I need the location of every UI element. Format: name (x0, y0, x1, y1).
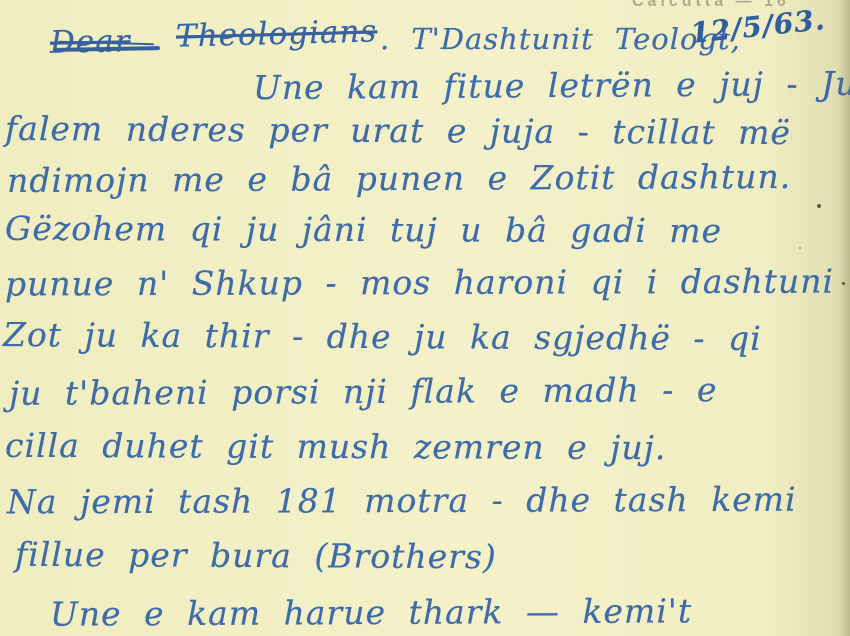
paper-speck (799, 247, 801, 249)
letter-line: fillue per bura (Brothers) (15, 535, 497, 577)
salutation: . T'Dashtunit Teologt, (380, 22, 741, 56)
letter-scan: Calcutta — 16 Dear Theologians . T'Dasht… (0, 0, 850, 636)
scan-edge-shadow (838, 0, 850, 636)
letter-line-clipped: Une e kam harue thark — kemi't (50, 591, 692, 633)
letter-line: Na jemi tash 181 motra - dhe tash kemi (7, 480, 797, 522)
paper-speck (817, 204, 821, 208)
paper-speck (842, 282, 845, 285)
letter-line: punue n' Shkup - mos haroni qi i dashtun… (5, 262, 834, 304)
letter-line: Zot ju ka thir - dhe ju ka sgjedhë - qi (3, 315, 762, 358)
struck-word-theologians: Theologians (176, 13, 378, 54)
letter-line: Une kam fitue letrën e juj - Ju (253, 64, 850, 107)
letter-line: ndimojn me e bâ punen e Zotit dashtun. (7, 157, 791, 200)
letter-line: cilla duhet git mush zemren e juj. (5, 426, 666, 467)
letter-line: falem nderes per urat e juja - tcillat m… (5, 109, 791, 152)
letter-line: ju t'baheni porsi nji flak e madh - e (9, 370, 718, 413)
letter-line: Gëzohem qi ju jâni tuj u bâ gadi me (5, 209, 722, 251)
